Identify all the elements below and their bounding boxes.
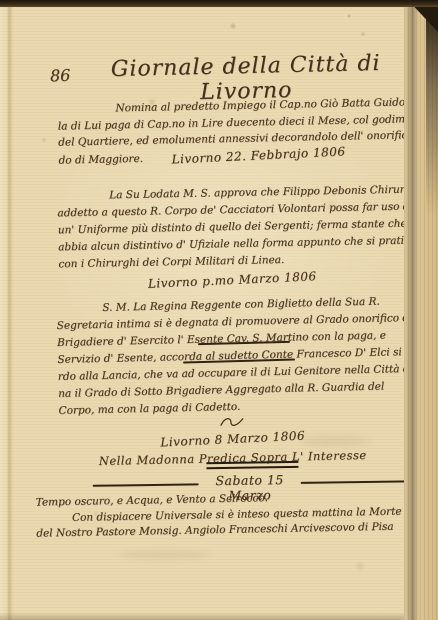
- divider-rule-left: [93, 483, 199, 486]
- book-edge-shadow: [426, 6, 438, 216]
- journal-entry-4: Tempo oscuro, e Acqua, e Vento a Scirocc…: [36, 488, 409, 542]
- divider-rule-right: [301, 480, 411, 484]
- journal-entry-2: La Su Lodata M. S. approva che Filippo D…: [57, 182, 405, 294]
- entry2-dateline: Livorno p.mo Marzo 1806: [147, 268, 316, 293]
- page-bottom-shadow: [0, 612, 438, 620]
- flourish-mark: [219, 416, 245, 429]
- page-number: 86: [50, 66, 71, 86]
- book-binding-top: [0, 0, 438, 7]
- show-through-smudge: [300, 436, 370, 446]
- manuscript-page: 86 Giornale della Città di Livorno Nomin…: [0, 6, 438, 620]
- double-rule: [206, 461, 298, 469]
- journal-entry-1: Nomina al predetto Impiego il Cap.no Giò…: [57, 94, 404, 168]
- show-through-smudge: [120, 551, 210, 559]
- entry2-dateline-row: Livorno p.mo Marzo 1806: [59, 269, 405, 294]
- entry1-line-text: do di Maggiore.: [58, 152, 143, 166]
